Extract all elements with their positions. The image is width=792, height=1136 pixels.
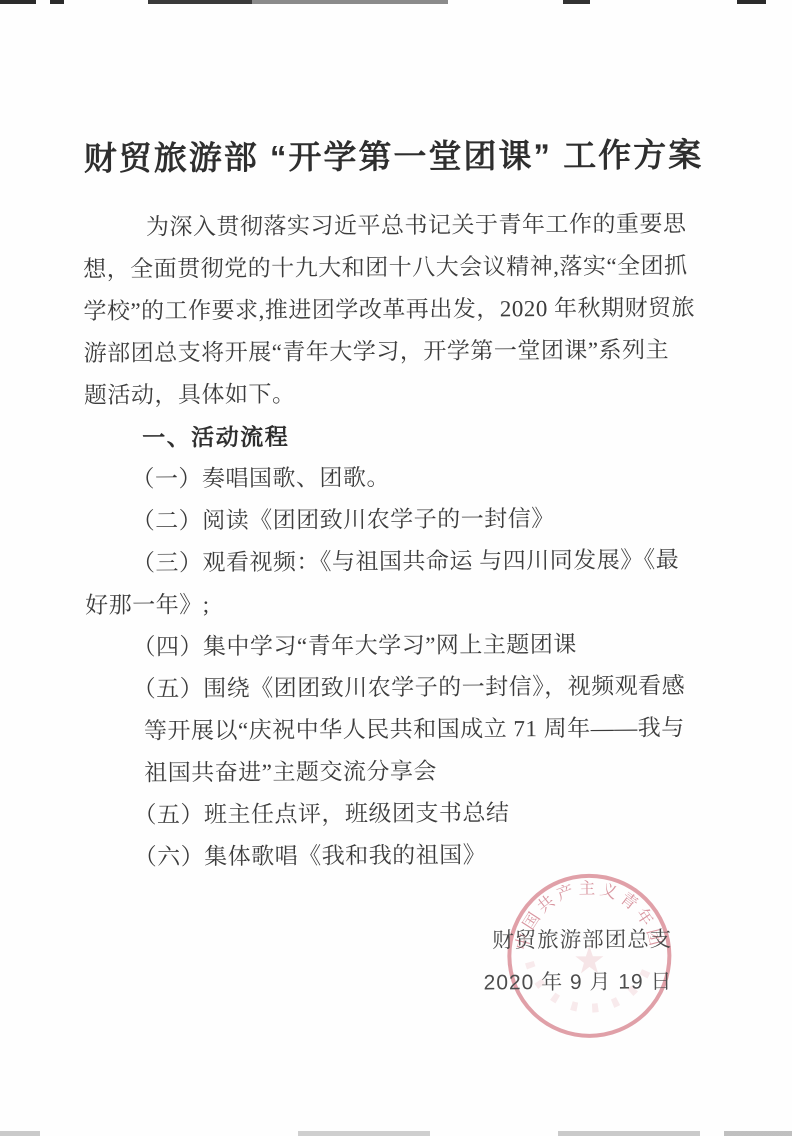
document-line: 题活动，具体如下。 [84,371,724,417]
document-line: 为深入贯彻落实习近平总书记关于青年工作的重要思 [83,203,723,249]
document-line: 学校”的工作要求,推进团学改革再出发，2020 年秋期财贸旅 [83,287,723,333]
signature-org: 财贸旅游部团总支 [483,924,672,955]
section-heading: 一、活动流程 [84,413,724,459]
scanned-page: 财贸旅游部 “开学第一堂团课” 工作方案 为深入贯彻落实习近平总书记关于青年工作… [0,0,792,1136]
document-line: 想，全面贯彻党的十九大和团十八大会议精神,落实“全团抓 [83,245,723,291]
document-line: 祖国共奋进”主题交流分享会 [86,749,726,795]
list-item: （五）班主任点评，班级团支书总结 [86,791,726,837]
document-body: 为深入贯彻落实习近平总书记关于青年工作的重要思 想，全面贯彻党的十九大和团十八大… [83,203,727,879]
scan-artifact-top-edge [0,0,792,4]
scan-artifact-bottom-edge [0,1131,792,1136]
document-line: 等开展以“庆祝中华人民共和国成立 71 周年——我与 [86,707,726,753]
signature-date: 2020 年 9 月 19 日 [484,967,673,998]
document-line: 游部团总支将开展“青年大学习，开学第一堂团课”系列主 [84,329,724,375]
list-item: （四）集中学习“青年大学习”网上主题团课 [85,623,725,669]
page-title: 财贸旅游部 “开学第一堂团课” 工作方案 [0,129,790,181]
signature-block: 财贸旅游部团总支 2020 年 9 月 19 日 [483,924,672,998]
list-item: （二）阅读《团团致川农学子的一封信》 [85,497,725,543]
list-item: （五）围绕《团团致川农学子的一封信》，视频观看感 [86,665,726,711]
list-item: （一）奏唱国歌、团歌。 [84,455,724,501]
list-item: （三）观看视频：《与祖国共命运 与四川同发展》《最 [85,539,725,585]
document-line: 好那一年》; [85,581,725,627]
